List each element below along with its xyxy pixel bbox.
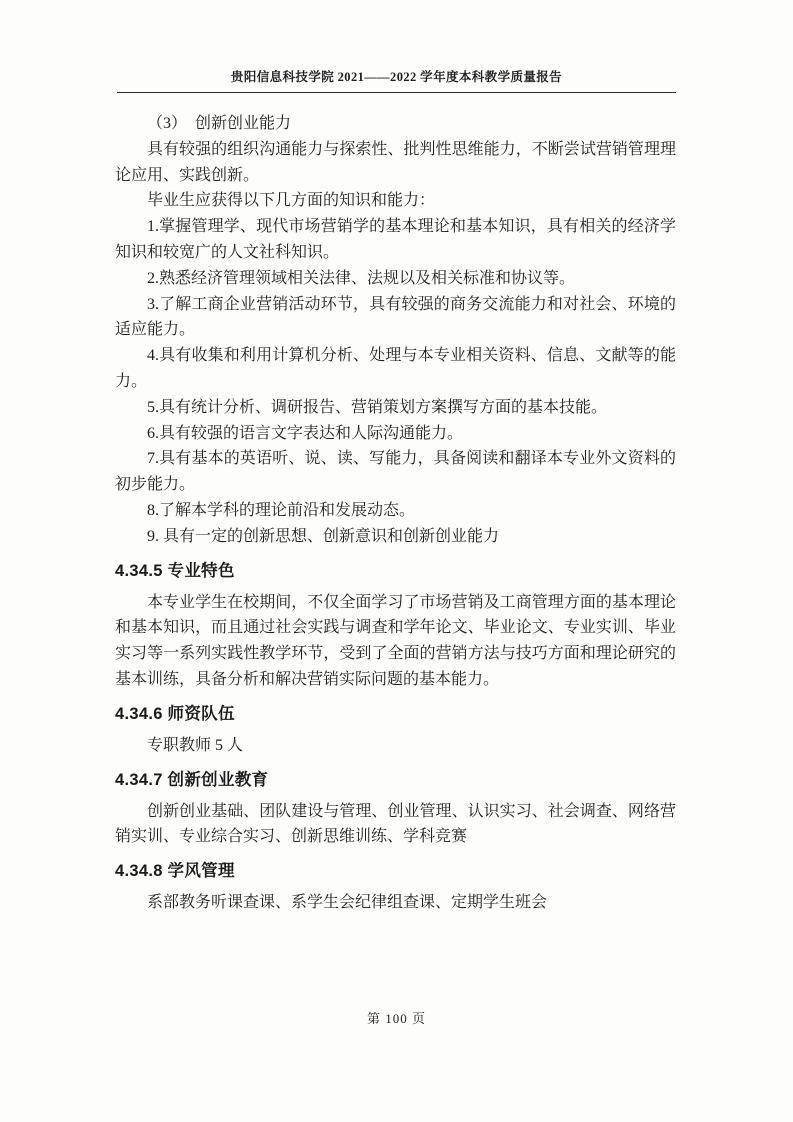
running-header: 贵阳信息科技学院 2021——2022 学年度本科教学质量报告: [117, 67, 676, 93]
section-heading-4-34-6: 4.34.6 师资队伍: [115, 701, 676, 727]
list-item-8: 8.了解本学科的理论前沿和发展动态。: [115, 498, 676, 524]
list-item-3: 3.了解工商企业营销活动环节，具有较强的商务交流能力和对社会、环境的适应能力。: [115, 292, 676, 344]
list-item-6: 6.具有较强的语言文字表达和人际沟通能力。: [115, 421, 676, 447]
page-footer: 第 100 页: [0, 1008, 793, 1027]
paragraph-intro: 具有较强的组织沟通能力与探索性、批判性思维能力，不断尝试营销管理理论应用、实践创…: [115, 137, 676, 189]
page-number: 第 100 页: [367, 1011, 426, 1026]
document-page: 贵阳信息科技学院 2021——2022 学年度本科教学质量报告 （3） 创新创业…: [0, 0, 793, 1122]
section-heading-4-34-7: 4.34.7 创新创业教育: [115, 767, 676, 793]
paragraph-major-features: 本专业学生在校期间，不仅全面学习了市场营销及工商管理方面的基本理论和基本知识，而…: [115, 590, 676, 693]
list-item-1: 1.掌握管理学、现代市场营销学的基本理论和基本知识，具有相关的经济学知识和较宽广…: [115, 214, 676, 266]
list-item-4: 4.具有收集和利用计算机分析、处理与本专业相关资料、信息、文献等的能力。: [115, 343, 676, 395]
document-body: （3） 创新创业能力 具有较强的组织沟通能力与探索性、批判性思维能力，不断尝试营…: [115, 111, 676, 916]
list-item-9: 9. 具有一定的创新思想、创新意识和创新创业能力: [115, 524, 676, 550]
paragraph-faculty: 专职教师 5 人: [115, 733, 676, 759]
section-heading-4-34-5: 4.34.5 专业特色: [115, 558, 676, 584]
list-item-7: 7.具有基本的英语听、说、读、写能力，具备阅读和翻译本专业外文资料的初步能力。: [115, 446, 676, 498]
paragraph-study-style: 系部教务听课查课、系学生会纪律组查课、定期学生班会: [115, 890, 676, 916]
paragraph-innovation-education: 创新创业基础、团队建设与管理、创业管理、认识实习、社会调查、网络营销实训、专业综…: [115, 799, 676, 851]
running-header-title: 贵阳信息科技学院 2021——2022 学年度本科教学质量报告: [231, 70, 562, 84]
paragraph-lead-in: 毕业生应获得以下几方面的知识和能力：: [115, 188, 676, 214]
section-heading-4-34-8: 4.34.8 学风管理: [115, 858, 676, 884]
subsection-label-3: （3） 创新创业能力: [115, 111, 676, 137]
list-item-5: 5.具有统计分析、调研报告、营销策划方案撰写方面的基本技能。: [115, 395, 676, 421]
list-item-2: 2.熟悉经济管理领域相关法律、法规以及相关标准和协议等。: [115, 266, 676, 292]
